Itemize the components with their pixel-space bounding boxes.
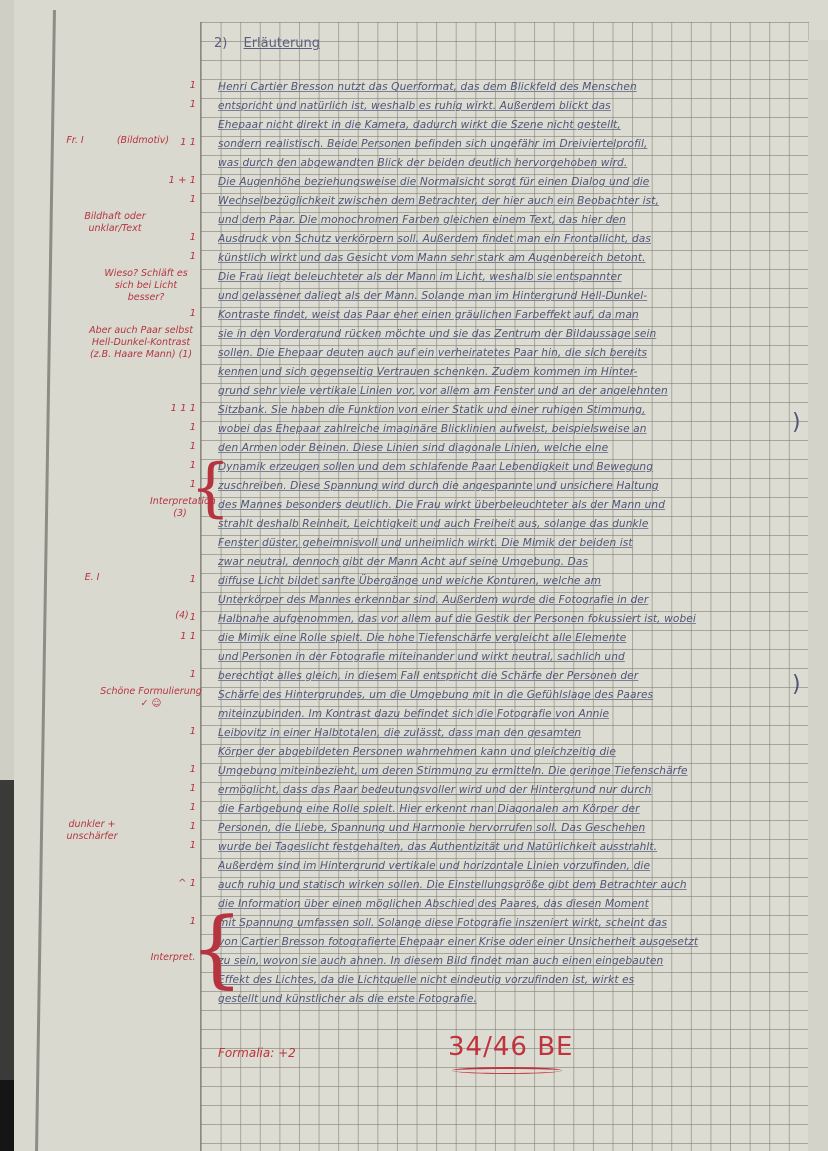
grading-mark: ^ 1 bbox=[178, 878, 196, 889]
grading-mark: 1 bbox=[190, 764, 196, 775]
essay-line: Ausdruck von Schutz verkörpern soll. Auß… bbox=[218, 230, 808, 249]
grading-mark: 1 bbox=[190, 821, 196, 832]
essay-line: grund sehr viele vertikale Linien vor, v… bbox=[218, 382, 808, 401]
essay-line: von Cartier Bresson fotografierte Ehepaa… bbox=[218, 933, 808, 952]
section-title: Erläuterung bbox=[243, 36, 320, 51]
grading-mark: 1 1 bbox=[180, 631, 196, 642]
grading-mark: 1 bbox=[190, 783, 196, 794]
interpretation-brace-1: { bbox=[190, 456, 231, 520]
essay-line: kennen und sich gegenseitig Vertrauen sc… bbox=[218, 363, 808, 382]
grading-mark: 1 bbox=[190, 669, 196, 680]
essay-line: die Information über einen möglichen Abs… bbox=[218, 895, 808, 914]
margin-comment: Wieso? Schläft es sich bei Licht besser? bbox=[96, 268, 196, 304]
essay-line: Fenster düster, geheimnisvoll und unheim… bbox=[218, 534, 808, 553]
essay-line: die Mimik eine Rolle spielt. Die hohe Ti… bbox=[218, 629, 808, 648]
essay-line: die Farbgebung eine Rolle spielt. Hier e… bbox=[218, 800, 808, 819]
grading-mark: 1 bbox=[190, 726, 196, 737]
essay-line: Henri Cartier Bresson nutzt das Querform… bbox=[218, 78, 808, 97]
margin-comment: (4) bbox=[172, 610, 192, 622]
essay-line: ermöglicht, dass das Paar bedeutungsvoll… bbox=[218, 781, 808, 800]
essay-line: zuschreiben. Diese Spannung wird durch d… bbox=[218, 477, 808, 496]
score-underline bbox=[452, 1067, 562, 1074]
essay-line: diffuse Licht bildet sanfte Übergänge un… bbox=[218, 572, 808, 591]
desk-shadow bbox=[0, 1080, 14, 1151]
essay-line: sie in den Vordergrund rücken möchte und… bbox=[218, 325, 808, 344]
margin-comment: dunkler + unschärfer bbox=[52, 819, 132, 843]
essay-line: wurde bei Tageslicht festgehalten, das A… bbox=[218, 838, 808, 857]
grading-mark: 1 bbox=[190, 194, 196, 205]
margin-comment: E. I bbox=[82, 572, 102, 584]
section-heading: 2) Erläuterung bbox=[214, 36, 332, 51]
essay-line: Halbnahe aufgenommen, das vor allem auf … bbox=[218, 610, 808, 629]
essay-line: entspricht und natürlich ist, weshalb es… bbox=[218, 97, 808, 116]
interpretation-brace-2: { bbox=[190, 906, 243, 990]
essay-line: Sitzbank. Sie haben die Funktion von ein… bbox=[218, 401, 808, 420]
essay-line: berechtigt alles gleich, in diesem Fall … bbox=[218, 667, 808, 686]
grading-mark: 1 bbox=[190, 251, 196, 262]
margin-comment: Aber auch Paar selbst Hell-Dunkel-Kontra… bbox=[86, 325, 196, 361]
essay-line: den Armen oder Beinen. Diese Linien sind… bbox=[218, 439, 808, 458]
essay-line: des Mannes besonders deutlich. Die Frau … bbox=[218, 496, 808, 515]
formalia-note: Formalia: +2 bbox=[218, 1046, 296, 1060]
grading-mark: 1 bbox=[190, 802, 196, 813]
paren-mark-2: ) bbox=[792, 672, 801, 697]
essay-line: Effekt des Lichtes, da die Lichtquelle n… bbox=[218, 971, 808, 990]
score: 34/46 BE bbox=[448, 1032, 573, 1062]
essay-line: strahlt deshalb Reinheit, Leichtigkeit u… bbox=[218, 515, 808, 534]
essay-line: und dem Paar. Die monochromen Farben gle… bbox=[218, 211, 808, 230]
essay-line: sondern realistisch. Beide Personen befi… bbox=[218, 135, 808, 154]
essay-line: künstlich wirkt und das Gesicht vom Mann… bbox=[218, 249, 808, 268]
margin-comment: Schöne Formulierung ✓ ☺ bbox=[96, 686, 206, 710]
essay-line: Schärfe des Hintergrundes, um die Umgebu… bbox=[218, 686, 808, 705]
essay-line: und Personen in der Fotografie miteinand… bbox=[218, 648, 808, 667]
essay-line: und gelassener daliegt als der Mann. Sol… bbox=[218, 287, 808, 306]
desk-background bbox=[0, 0, 14, 780]
essay-line: Körper der abgebildeten Personen wahrneh… bbox=[218, 743, 808, 762]
essay-line: zwar neutral, dennoch gibt der Mann Acht… bbox=[218, 553, 808, 572]
essay-line: Dynamik erzeugen sollen und dem schlafen… bbox=[218, 458, 808, 477]
essay-line: Unterkörper des Mannes erkennbar sind. A… bbox=[218, 591, 808, 610]
grading-mark: 1 bbox=[190, 308, 196, 319]
grid-paper-edge bbox=[808, 40, 828, 1151]
essay-line: mit Spannung umfassen soll. Solange dies… bbox=[218, 914, 808, 933]
essay-line: Leibovitz in einer Halbtotalen, die zulä… bbox=[218, 724, 808, 743]
section-number: 2) bbox=[214, 36, 227, 51]
essay-line: Die Augenhöhe beziehungsweise die Normal… bbox=[218, 173, 808, 192]
essay-line: Die Frau liegt beleuchteter als der Mann… bbox=[218, 268, 808, 287]
essay-line: Außerdem sind im Hintergrund vertikale u… bbox=[218, 857, 808, 876]
essay-line: miteinzubinden. Im Kontrast dazu befinde… bbox=[218, 705, 808, 724]
grading-mark: 1 1 1 bbox=[171, 403, 196, 414]
grading-mark: 1 bbox=[190, 422, 196, 433]
grading-mark: 1 + 1 bbox=[169, 175, 196, 186]
margin-comment: (Bildmotiv) bbox=[108, 135, 178, 147]
essay-line: Personen, die Liebe, Spannung und Harmon… bbox=[218, 819, 808, 838]
grading-mark: 1 bbox=[190, 99, 196, 110]
essay-line: zu sein, wovon sie auch ahnen. In diesem… bbox=[218, 952, 808, 971]
essay-line: was durch den abgewandten Blick der beid… bbox=[218, 154, 808, 173]
paren-mark-1: ) bbox=[792, 410, 801, 435]
grading-mark: 1 bbox=[190, 840, 196, 851]
essay-line: Wechselbezüglichkeit zwischen dem Betrac… bbox=[218, 192, 808, 211]
essay-line: auch ruhig und statisch wirken sollen. D… bbox=[218, 876, 808, 895]
essay-line: sollen. Die Ehepaar deuten auch auf ein … bbox=[218, 344, 808, 363]
margin-comment: Bildhaft oder unklar/Text bbox=[70, 211, 160, 235]
essay-line: gestellt und künstlicher als die erste F… bbox=[218, 990, 808, 1009]
grading-mark: 1 1 bbox=[180, 137, 196, 148]
essay-line: wobei das Ehepaar zahlreiche imaginäre B… bbox=[218, 420, 808, 439]
margin-comment: Fr. I bbox=[60, 135, 90, 147]
essay-line: Umgebung miteinbezieht, um deren Stimmun… bbox=[218, 762, 808, 781]
grading-mark: 1 bbox=[190, 232, 196, 243]
grading-mark: 1 bbox=[190, 80, 196, 91]
grading-mark: 1 bbox=[190, 574, 196, 585]
essay-line: Kontraste findet, weist das Paar eher ei… bbox=[218, 306, 808, 325]
essay-body: Henri Cartier Bresson nutzt das Querform… bbox=[218, 78, 808, 1009]
essay-line: Ehepaar nicht direkt in die Kamera, dadu… bbox=[218, 116, 808, 135]
